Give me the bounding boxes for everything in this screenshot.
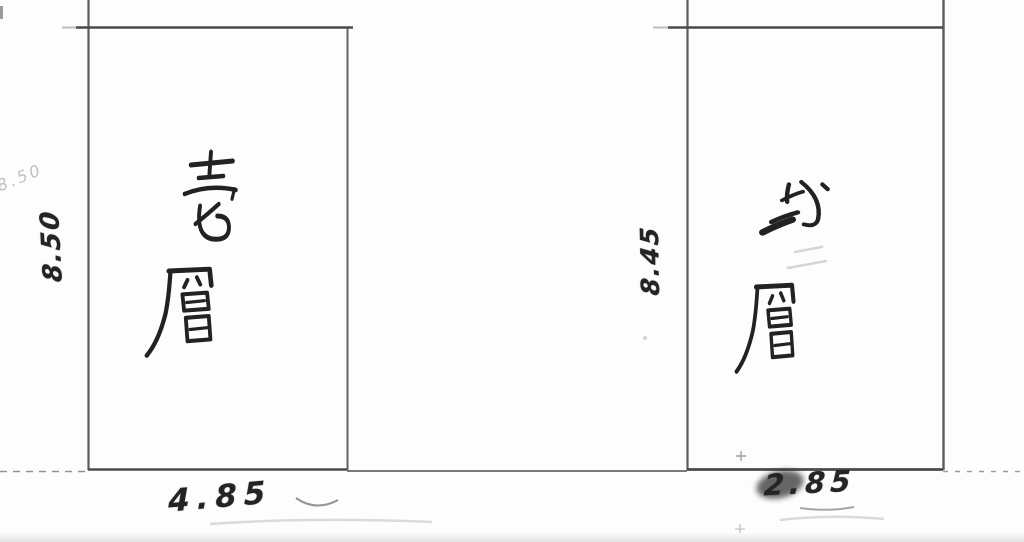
ground-line (0, 471, 1024, 472)
scan-edge-strip (0, 533, 1024, 542)
kanji-sou-right (737, 285, 794, 371)
right-unit-kanji-label (737, 182, 828, 372)
plan-drawing (0, 0, 1024, 542)
kanji-ichi (184, 152, 235, 239)
kanji-sou-left (147, 269, 212, 355)
right-width-dimension: 2.85 (763, 464, 856, 503)
left-unit-kanji-label (147, 152, 236, 356)
scan-artifacts (2, 6, 885, 534)
scanned-plan-sheet: 8.50 8.50 4.85 8.45 2.85 壱層 弐層 (0, 0, 1024, 542)
faint-ni-marks (788, 247, 826, 268)
kanji-ni (763, 182, 828, 232)
right-height-dimension: 8.45 (635, 224, 665, 297)
right-unit-outline (653, 0, 944, 470)
left-height-dimension: 8.50 (35, 211, 69, 284)
